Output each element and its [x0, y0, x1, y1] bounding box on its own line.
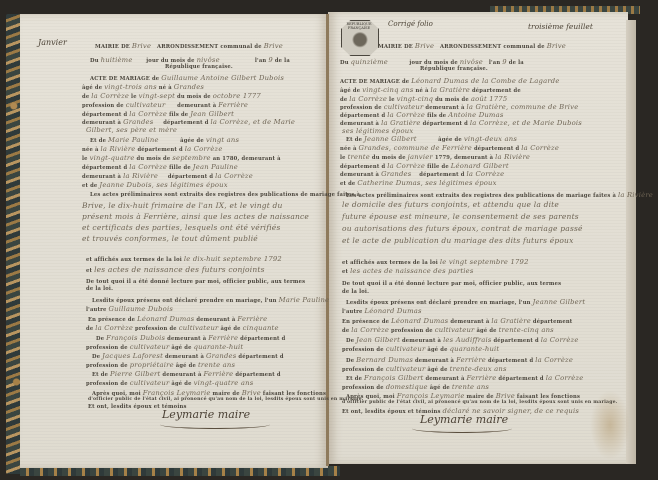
- closing-line-2-right: d'officier public de l'état civil, ai pr…: [342, 400, 618, 405]
- reading-line: De tout quoi il a été donné lecture par …: [86, 279, 305, 285]
- closing-line-right: Après quoi, moi François Leymarie maire …: [346, 392, 580, 400]
- margin-note: Janvier: [38, 38, 67, 47]
- stamp-label: REPUBLIQUE FRANÇAISE: [344, 22, 374, 30]
- declaration-line: Lesdits époux présens ont déclaré prendr…: [92, 296, 329, 304]
- header-mairie-right: MAIRIE DE Brive ARRONDISSEMENT communal …: [378, 42, 566, 50]
- reading-line-2: de la loi.: [86, 286, 113, 292]
- et-line-right: et les actes de naissance des parties: [342, 267, 474, 275]
- affiche-line: et affichés aux termes de la loi le dix-…: [86, 255, 282, 263]
- margin-note-top: Corrigé folio: [388, 20, 433, 28]
- header-republique-right: République française.: [420, 66, 488, 72]
- header-mairie: MAIRIE DE Brive ARRONDISSEMENT communal …: [95, 42, 283, 50]
- affiche-line-right: et affichés aux termes de la loi le ving…: [342, 258, 529, 266]
- declaration-line-right: Lesdits époux présens ont déclaré prendr…: [346, 298, 585, 306]
- closing-line: Après quoi, moi François Leymarie maire …: [92, 389, 326, 397]
- publication-text: Les actes préliminaires sont extraits de…: [90, 192, 360, 198]
- et-line: et les actes de naissance des futurs con…: [86, 265, 265, 274]
- margin-note-right: troisième feuillet: [528, 22, 593, 31]
- header-date: Du huitième jour du mois de nivôse l'an …: [90, 56, 290, 64]
- declaration-line-2: l'autre Guillaume Dubois: [86, 305, 173, 313]
- header-republique: République française.: [165, 64, 233, 70]
- declaration-line-2-right: l'autre Léonard Dumas: [342, 307, 422, 315]
- closing-line-2: d'officier public de l'état civil, ai pr…: [88, 397, 364, 402]
- reading-line-right: De tout quoi il a été donné lecture par …: [342, 281, 561, 287]
- header-date-right: Du quinzième jour du mois de nivôse l'an…: [340, 58, 524, 66]
- signature-left: Leymarie maire: [162, 408, 250, 421]
- publication-text-right: Les actes préliminaires sont extraits de…: [346, 191, 653, 199]
- signature-flourish-right: [412, 424, 512, 433]
- reading-line-2-right: de la loi.: [342, 289, 369, 295]
- signature-flourish: [160, 420, 270, 429]
